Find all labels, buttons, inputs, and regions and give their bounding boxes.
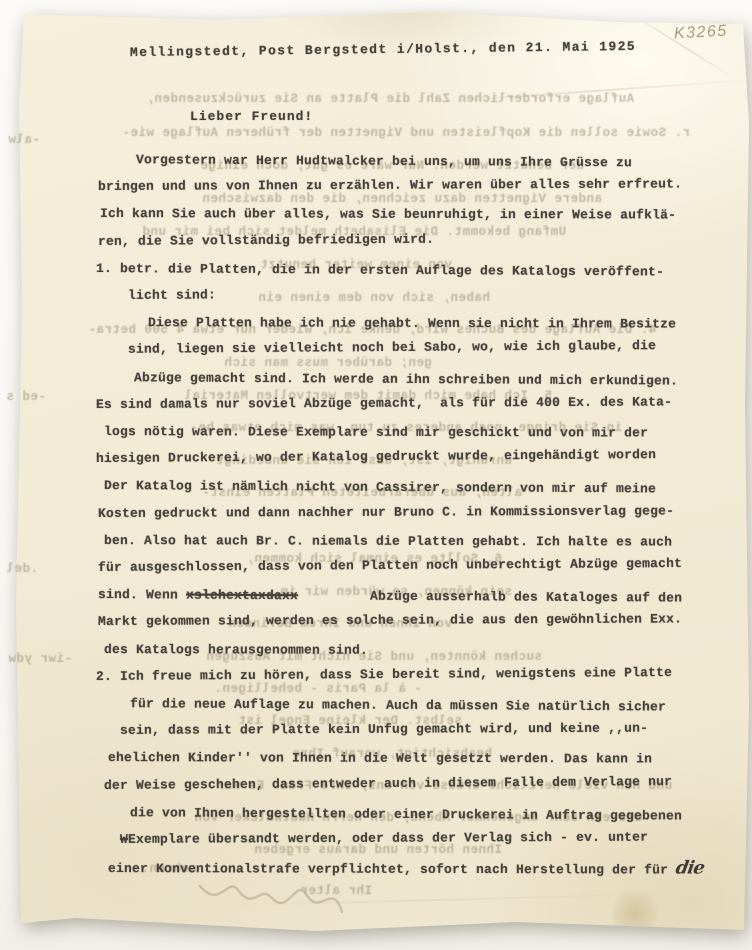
typed-segment: sind. Wenn bbox=[98, 587, 186, 603]
typed-line: ren, die Sie vollständig befriedigen wir… bbox=[96, 223, 736, 255]
struck-out-text: W bbox=[120, 832, 128, 847]
salutation: Lieber Freund! bbox=[190, 109, 313, 124]
typed-segment: einer Konventionalstrafe verpflichtet, s… bbox=[108, 861, 676, 877]
typed-line: Es sind damals nur soviel Abzüge gemacht… bbox=[96, 388, 736, 418]
typed-line: Kosten gedruckt und dann nachher nur Bru… bbox=[96, 497, 736, 527]
typed-line: sind, liegen sie vielleicht noch bei Sab… bbox=[96, 332, 736, 364]
typed-segment: Exemplare übersandt werden, oder dass de… bbox=[128, 830, 648, 847]
typed-text-layer: Mellingstedt, Post Bergstedt i/Holst., d… bbox=[0, 0, 752, 950]
typed-line: der Weise geschehen, dass entweder auch … bbox=[96, 767, 736, 799]
typed-line: WExemplare übersandt werden, oder dass d… bbox=[96, 823, 736, 853]
typed-line: sein, dass mit der Platte kein Unfug gem… bbox=[96, 714, 736, 744]
typed-line: Markt gekommen sind, werden es solche se… bbox=[96, 606, 736, 636]
struck-out-text: xslchextaxdaxx bbox=[186, 588, 298, 604]
handwritten-word: die bbox=[674, 855, 707, 882]
archive-number-annotation: K3265 bbox=[674, 23, 729, 44]
dateline: Mellingstedt, Post Bergstedt i/Holst., d… bbox=[130, 39, 636, 60]
letter-body: Vorgestern war Herr Hudtwalcker bei uns,… bbox=[96, 146, 736, 882]
typed-line: bringen und uns von Ihnen zu erzählen. W… bbox=[96, 170, 736, 200]
typed-line: 2. Ich freue mich zu hören, dass Sie ber… bbox=[96, 658, 736, 690]
scanned-letter-page: { "annotation": { "catalog_number": "K32… bbox=[0, 0, 752, 950]
typed-line: licht sind: bbox=[96, 279, 736, 309]
typed-line: hiesigen Druckerei, wo der Katalog gedru… bbox=[96, 441, 736, 473]
typed-line: für ausgeschlossen, dass von den Platten… bbox=[96, 550, 736, 582]
typed-segment: Abzüge ausserhalb des Kataloges auf den bbox=[298, 588, 682, 605]
typed-line: einer Konventionalstrafe verpflichtet, s… bbox=[96, 853, 736, 884]
